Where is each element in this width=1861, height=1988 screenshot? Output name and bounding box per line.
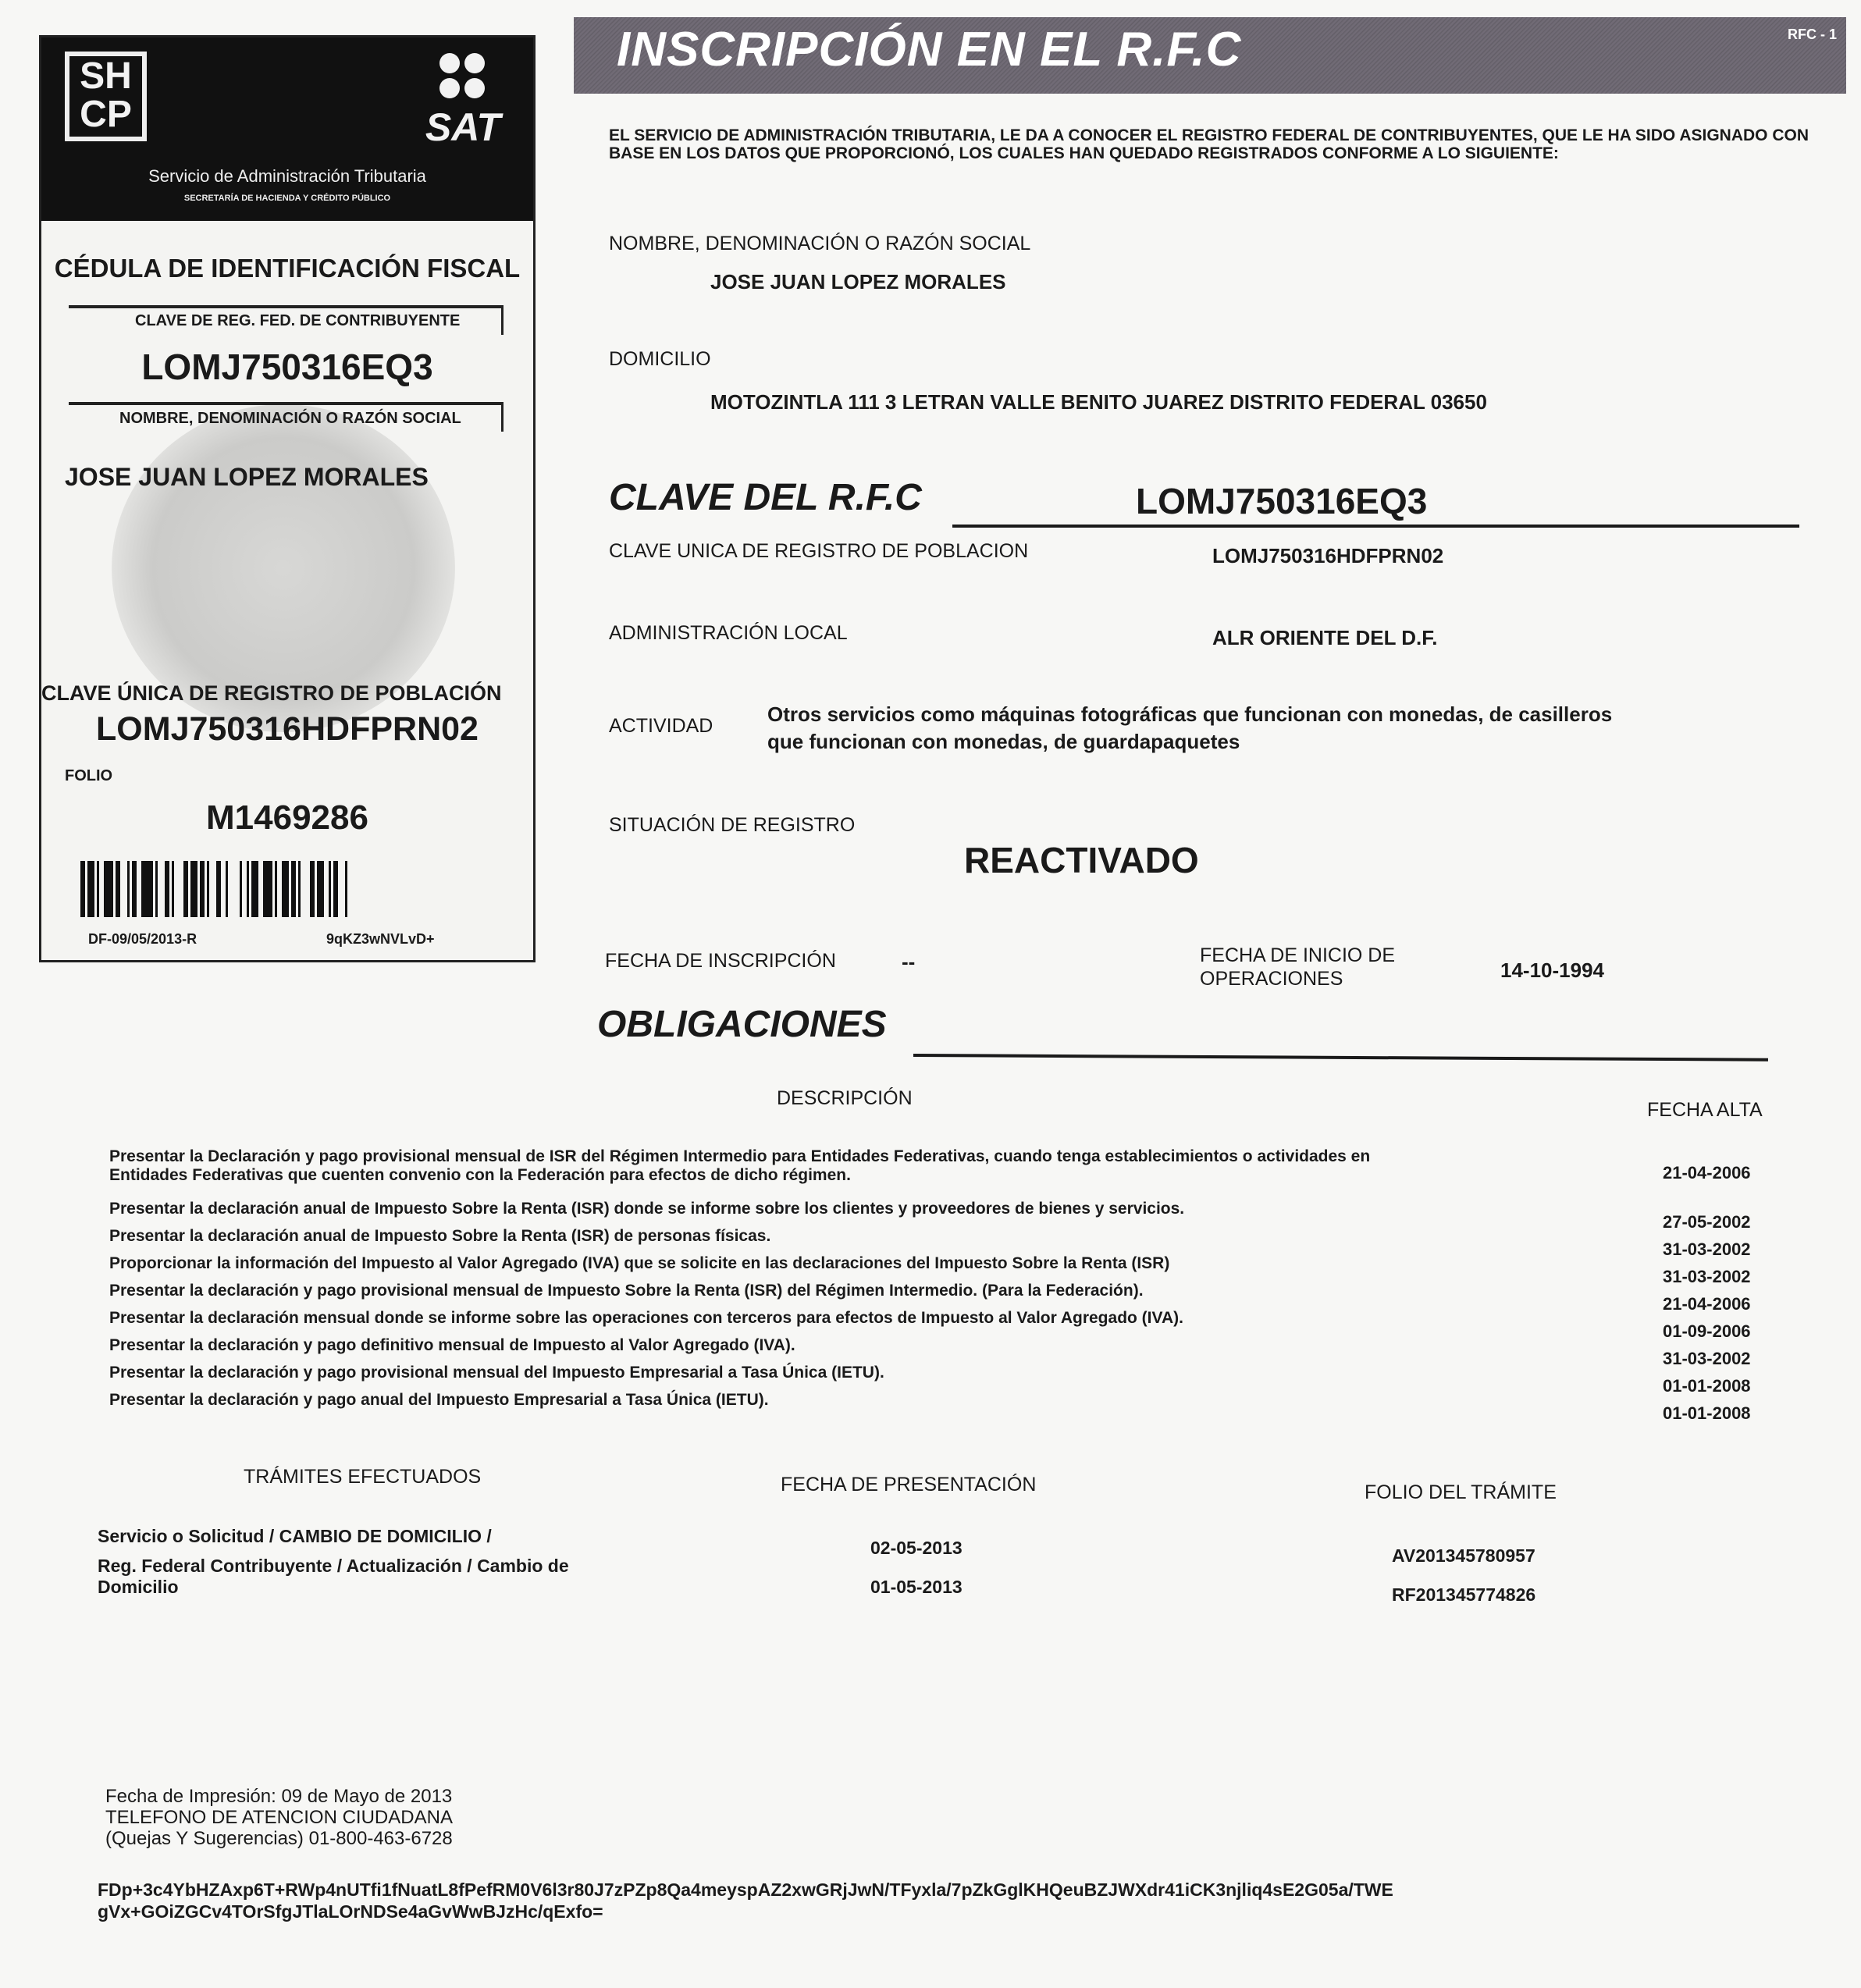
obligacion-fecha-alta: 31-03-2002 bbox=[1663, 1267, 1751, 1287]
obligacion-row: Presentar la declaración y pago provisio… bbox=[109, 1364, 1592, 1382]
nombre-value: JOSE JUAN LOPEZ MORALES bbox=[710, 270, 1006, 294]
shcp-logo-bottom: CP bbox=[73, 98, 139, 134]
card-folio-value: M1469286 bbox=[41, 798, 533, 838]
card-name-value: JOSE JUAN LOPEZ MORALES bbox=[65, 463, 429, 492]
card-rfc-label: CLAVE DE REG. FED. DE CONTRIBUYENTE bbox=[135, 312, 460, 330]
form-code: RFC - 1 bbox=[1788, 27, 1837, 43]
tramite-folio: RF201345774826 bbox=[1392, 1584, 1535, 1606]
tramite-folio: AV201345780957 bbox=[1392, 1545, 1535, 1567]
title-banner: INSCRIPCIÓN EN EL R.F.C RFC - 1 bbox=[574, 17, 1846, 94]
card-folio-label: FOLIO bbox=[65, 767, 112, 785]
actividad-value-line1: Otros servicios como máquinas fotográfic… bbox=[767, 702, 1612, 727]
rfc-heading: CLAVE DEL R.F.C bbox=[609, 476, 922, 519]
inicio-value: 14-10-1994 bbox=[1500, 958, 1604, 983]
card-name-label: NOMBRE, DENOMINACIÓN O RAZÓN SOCIAL bbox=[119, 410, 461, 428]
obligacion-fecha-alta: 01-01-2008 bbox=[1663, 1376, 1751, 1396]
shcp-logo-top: SH bbox=[73, 59, 139, 96]
situacion-value: REACTIVADO bbox=[964, 839, 1199, 881]
domicilio-label: DOMICILIO bbox=[609, 348, 711, 371]
obligacion-fecha-alta: 01-01-2008 bbox=[1663, 1403, 1751, 1424]
obligacion-row: Presentar la Declaración y pago provisio… bbox=[109, 1147, 1592, 1166]
col-descripcion: DESCRIPCIÓN bbox=[777, 1087, 913, 1110]
agency-subtitle: SECRETARÍA DE HACIENDA Y CRÉDITO PÚBLICO bbox=[41, 194, 533, 203]
col-fecha-alta: FECHA ALTA bbox=[1647, 1099, 1763, 1122]
card-curp-label: CLAVE ÚNICA DE REGISTRO DE POBLACIÓN bbox=[41, 681, 502, 706]
col-fecha-presentacion: FECHA DE PRESENTACIÓN bbox=[781, 1474, 1036, 1496]
print-date: Fecha de Impresión: 09 de Mayo de 2013 bbox=[105, 1786, 452, 1807]
shcp-logo-icon: SH CP bbox=[65, 52, 147, 141]
card-rfc-value: LOMJ750316EQ3 bbox=[41, 346, 533, 388]
obligacion-row-cont: Entidades Federativas que cuenten conven… bbox=[109, 1166, 1592, 1185]
obligacion-row: Presentar la declaración y pago definiti… bbox=[109, 1336, 1592, 1355]
obligacion-row: Presentar la declaración mensual donde s… bbox=[109, 1309, 1592, 1328]
card-footer-code: DF-09/05/2013-R bbox=[88, 931, 197, 948]
col-tramites: TRÁMITES EFECTUADOS bbox=[244, 1466, 481, 1488]
divider bbox=[69, 305, 504, 308]
obligacion-row: Proporcionar la información del Impuesto… bbox=[109, 1254, 1592, 1273]
curp-label: CLAVE UNICA DE REGISTRO DE POBLACION bbox=[609, 540, 1028, 563]
agency-name: Servicio de Administración Tributaria bbox=[41, 166, 533, 187]
tramite-desc-line: Domicilio bbox=[98, 1577, 179, 1598]
obligacion-row: Presentar la declaración y pago anual de… bbox=[109, 1391, 1592, 1410]
obligacion-fecha-alta: 31-03-2002 bbox=[1663, 1349, 1751, 1369]
fiscal-id-card: SH CP SAT Servicio de Administración Tri… bbox=[39, 35, 536, 962]
divider bbox=[69, 402, 504, 405]
sat-logo-icon: SAT bbox=[408, 53, 518, 147]
obligaciones-underline bbox=[913, 1054, 1768, 1062]
digital-seal-line2: gVx+GOiZGCv4TOrSfgJTlaLOrNDSe4aGvWwBJzHc… bbox=[98, 1901, 603, 1922]
actividad-label: ACTIVIDAD bbox=[609, 715, 713, 738]
card-footer-hash: 9qKZ3wNVLvD+ bbox=[326, 931, 435, 948]
obligacion-fecha-alta: 31-03-2002 bbox=[1663, 1239, 1751, 1260]
card-header: SH CP SAT Servicio de Administración Tri… bbox=[41, 37, 533, 221]
actividad-value-line2: que funcionan con monedas, de guardapaqu… bbox=[767, 730, 1240, 754]
obligacion-fecha-alta: 01-09-2006 bbox=[1663, 1321, 1751, 1342]
inscripcion-value: -- bbox=[902, 950, 915, 974]
obligacion-fecha-alta: 21-04-2006 bbox=[1663, 1163, 1751, 1183]
col-folio-tramite: FOLIO DEL TRÁMITE bbox=[1365, 1481, 1557, 1504]
rfc-value: LOMJ750316EQ3 bbox=[1136, 480, 1427, 522]
domicilio-value: MOTOZINTLA 111 3 LETRAN VALLE BENITO JUA… bbox=[710, 390, 1487, 414]
rfc-underline bbox=[952, 525, 1799, 528]
sat-wordmark: SAT bbox=[408, 108, 518, 147]
obligacion-row: Presentar la declaración anual de Impues… bbox=[109, 1227, 1592, 1246]
obligacion-fecha-alta: 27-05-2002 bbox=[1663, 1212, 1751, 1232]
tramite-fecha: 02-05-2013 bbox=[870, 1538, 963, 1559]
inscripcion-label: FECHA DE INSCRIPCIÓN bbox=[605, 950, 836, 973]
tramite-fecha: 01-05-2013 bbox=[870, 1577, 963, 1598]
inicio-label-2: OPERACIONES bbox=[1200, 968, 1343, 990]
phone-title: TELEFONO DE ATENCION CIUDADANA bbox=[105, 1807, 453, 1828]
inicio-label: FECHA DE INICIO DE bbox=[1200, 944, 1395, 967]
barcode-icon bbox=[80, 861, 494, 917]
curp-value: LOMJ750316HDFPRN02 bbox=[1212, 544, 1443, 568]
tramite-desc-line: Servicio o Solicitud / CAMBIO DE DOMICIL… bbox=[98, 1526, 492, 1547]
obligacion-row: Presentar la declaración anual de Impues… bbox=[109, 1200, 1592, 1218]
tramite-desc-line: Reg. Federal Contribuyente / Actualizaci… bbox=[98, 1556, 569, 1577]
card-title: CÉDULA DE IDENTIFICACIÓN FISCAL bbox=[41, 254, 533, 283]
card-curp-value: LOMJ750316HDFPRN02 bbox=[41, 710, 533, 749]
obligacion-fecha-alta: 21-04-2006 bbox=[1663, 1294, 1751, 1314]
nombre-label: NOMBRE, DENOMINACIÓN O RAZÓN SOCIAL bbox=[609, 233, 1030, 255]
page-title: INSCRIPCIÓN EN EL R.F.C bbox=[617, 22, 1241, 77]
obligaciones-heading: OBLIGACIONES bbox=[597, 1003, 887, 1046]
phone-number: (Quejas Y Sugerencias) 01-800-463-6728 bbox=[105, 1828, 453, 1849]
obligacion-row: Presentar la declaración y pago provisio… bbox=[109, 1282, 1592, 1300]
divider bbox=[501, 402, 504, 432]
intro-text: EL SERVICIO DE ADMINISTRACIÓN TRIBUTARIA… bbox=[609, 126, 1811, 162]
divider bbox=[501, 305, 504, 335]
situacion-label: SITUACIÓN DE REGISTRO bbox=[609, 814, 855, 837]
admin-local-label: ADMINISTRACIÓN LOCAL bbox=[609, 622, 848, 645]
admin-local-value: ALR ORIENTE DEL D.F. bbox=[1212, 626, 1437, 650]
digital-seal-line1: FDp+3c4YbHZAxp6T+RWp4nUTfi1fNuatL8fPefRM… bbox=[98, 1880, 1393, 1901]
